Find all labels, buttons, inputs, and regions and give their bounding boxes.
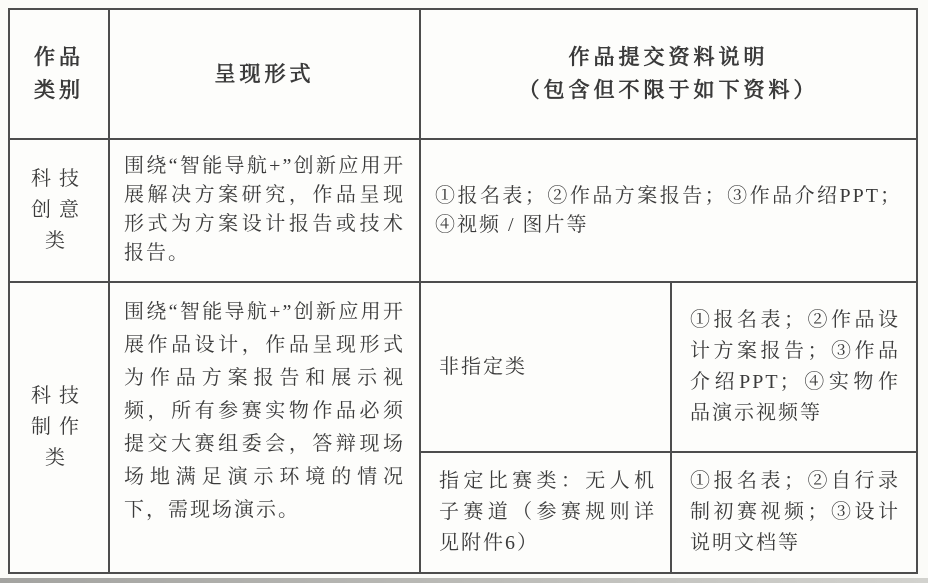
- row2-subrow2-materials-cell: ①报名表；②自行录制初赛视频；③设计说明文档等: [672, 453, 916, 572]
- row2-category-cell: 科技 制作 类: [10, 283, 110, 572]
- row2-subrow2-materials-text: ①报名表；②自行录制初赛视频；③设计说明文档等: [690, 466, 900, 559]
- header-cell-materials: 作品提交资料说明 （包含但不限于如下资料）: [421, 10, 916, 140]
- row2-subrow1-type-text: 非指定类: [439, 352, 656, 383]
- header-cell-category: 作品 类别: [10, 10, 110, 140]
- row1-form-cell: 围绕“智能导航+”创新应用开展解决方案研究，作品呈现形式为方案设计报告或技术报告…: [110, 140, 421, 283]
- row2-subrow2-type-cell: 指定比赛类：无人机子赛道（参赛规则详见附件6）: [421, 453, 672, 572]
- row2-subrow2-type-text: 指定比赛类：无人机子赛道（参赛规则详见附件6）: [439, 466, 656, 559]
- row2-subrow1-materials-text: ①报名表；②作品设计方案报告；③作品介绍PPT；④实物作品演示视频等: [690, 305, 900, 429]
- header-cell-form: 呈现形式: [110, 10, 421, 140]
- submission-requirements-table: 作品 类别 呈现形式 作品提交资料说明 （包含但不限于如下资料） 科技 创意 类…: [8, 8, 918, 574]
- row1-materials-cell: ①报名表；②作品方案报告；③作品介绍PPT；④视频 / 图片等: [421, 140, 916, 283]
- scan-bottom-shadow: [0, 578, 928, 583]
- row2-subrow1-type-cell: 非指定类: [421, 283, 672, 453]
- row1-materials-text: ①报名表；②作品方案报告；③作品介绍PPT；④视频 / 图片等: [435, 182, 902, 240]
- row2-subrow1-materials-cell: ①报名表；②作品设计方案报告；③作品介绍PPT；④实物作品演示视频等: [672, 283, 916, 453]
- row1-category-cell: 科技 创意 类: [10, 140, 110, 283]
- row2-form-cell: 围绕“智能导航+”创新应用开展作品设计，作品呈现形式为作品方案报告和展示视频，所…: [110, 283, 421, 572]
